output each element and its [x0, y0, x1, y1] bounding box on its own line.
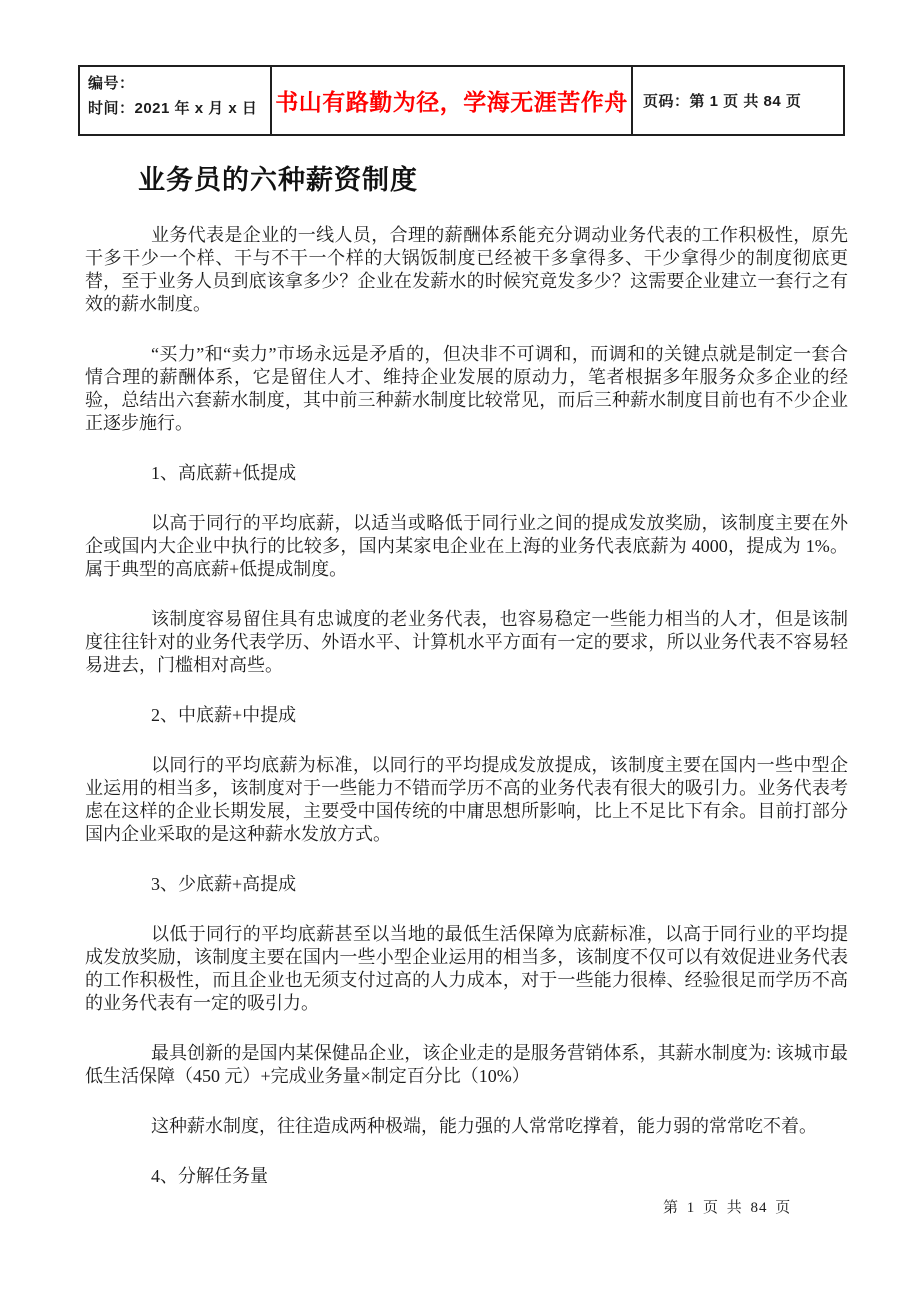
document-title: 业务员的六种薪资制度: [138, 163, 848, 197]
header-motto: 书山有路勤为径，学海无涯苦作舟: [272, 67, 633, 134]
paragraph: 以低于同行的平均底薪甚至以当地的最低生活保障为底薪标准，以高于同行业的平均提成发…: [85, 923, 848, 1015]
paragraph: 该制度容易留住具有忠诚度的老业务代表，也容易稳定一些能力相当的人才，但是该制度往…: [85, 608, 848, 677]
document-page: 编号： 时间：2021 年 x 月 x 日 书山有路勤为径，学海无涯苦作舟 页码…: [0, 0, 920, 1302]
document-body: 业务员的六种薪资制度 业务代表是企业的一线人员，合理的薪酬体系能充分调动业务代表…: [85, 163, 848, 1188]
section-heading: 4、分解任务量: [85, 1165, 848, 1188]
section-heading: 3、少底薪+高提成: [85, 873, 848, 896]
doc-number-label: 编号：: [88, 71, 264, 96]
doc-date-label: 时间：2021 年 x 月 x 日: [88, 96, 264, 121]
paragraph-container: 业务代表是企业的一线人员，合理的薪酬体系能充分调动业务代表的工作积极性，原先干多…: [85, 224, 848, 1188]
paragraph: 以高于同行的平均底薪，以适当或略低于同行业之间的提成发放奖励，该制度主要在外企或…: [85, 512, 848, 581]
section-heading: 2、中底薪+中提成: [85, 704, 848, 727]
paragraph: 这种薪水制度，往往造成两种极端，能力强的人常常吃撑着，能力弱的常常吃不着。: [85, 1115, 848, 1138]
header-table: 编号： 时间：2021 年 x 月 x 日 书山有路勤为径，学海无涯苦作舟 页码…: [78, 65, 845, 136]
paragraph: 最具创新的是国内某保健品企业，该企业走的是服务营销体系，其薪水制度为: 该城市最…: [85, 1042, 848, 1088]
paragraph: 业务代表是企业的一线人员，合理的薪酬体系能充分调动业务代表的工作积极性，原先干多…: [85, 224, 848, 316]
page-footer: 第 1 页 共 84 页: [663, 1198, 791, 1218]
paragraph: “买力”和“卖力”市场永远是矛盾的，但决非不可调和，而调和的关键点就是制定一套合…: [85, 343, 848, 435]
paragraph: 以同行的平均底薪为标准，以同行的平均提成发放提成，该制度主要在国内一些中型企业运…: [85, 754, 848, 846]
header-cell-meta: 编号： 时间：2021 年 x 月 x 日: [80, 67, 272, 134]
header-page-info: 页码：第 1 页 共 84 页: [633, 67, 843, 134]
section-heading: 1、高底薪+低提成: [85, 462, 848, 485]
